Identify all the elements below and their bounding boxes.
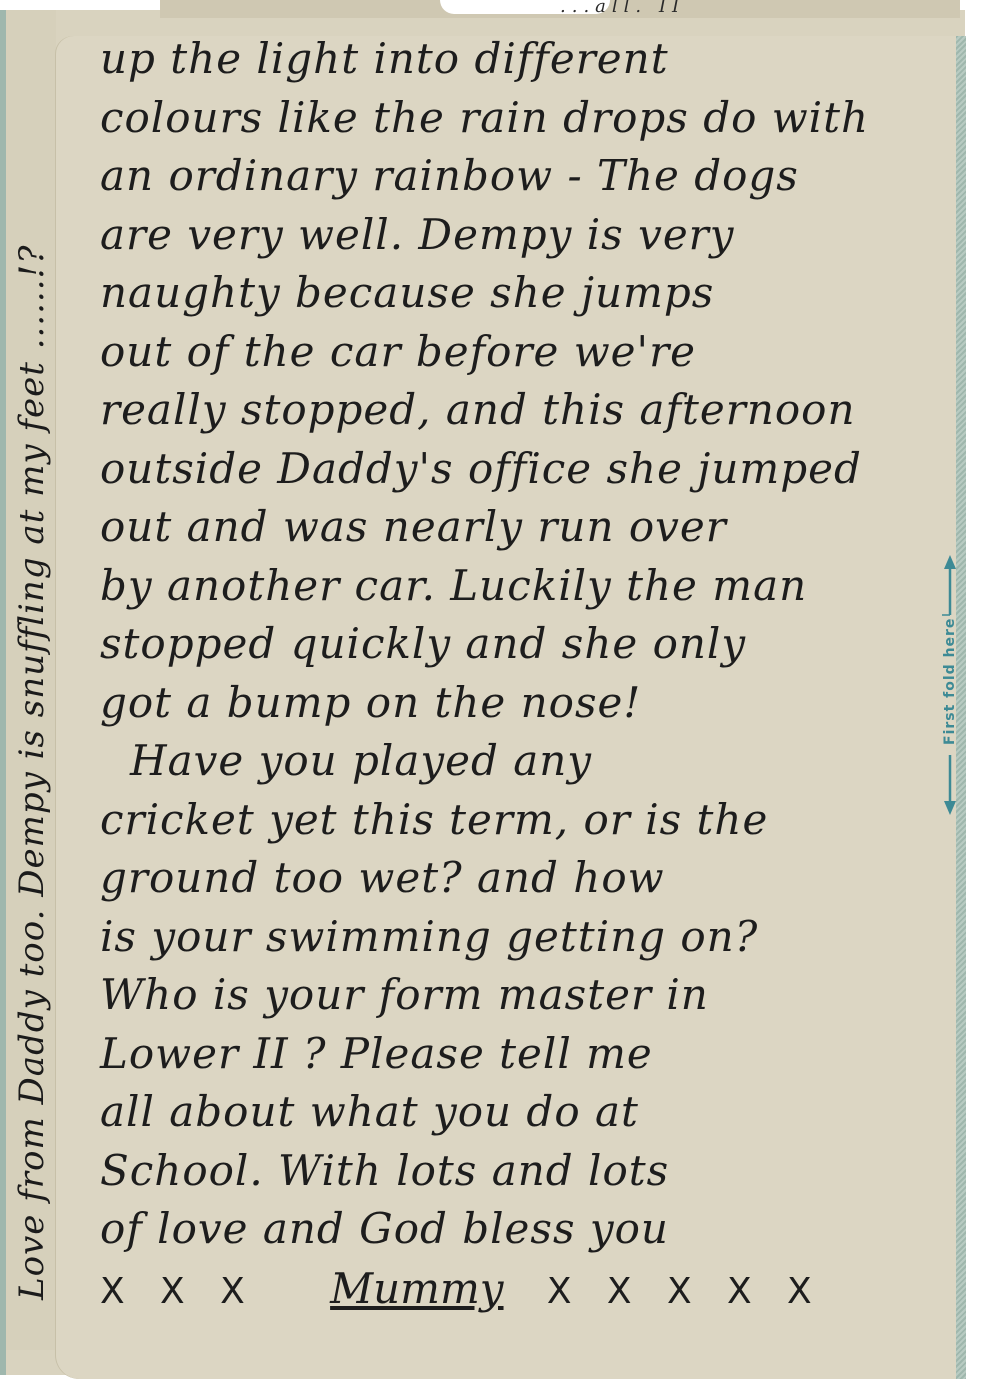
letter-line: Who is your form master in (100, 966, 950, 1025)
kiss-mark: X (100, 1262, 125, 1322)
top-text-fragment: ...all. II (560, 0, 685, 17)
margin-note: Love from Daddy too. Dempy is snuffling … (12, 20, 52, 1300)
closing-row: X X X Mummy X X X X X (100, 1259, 950, 1319)
letter-line: by another car. Luckily the man (100, 557, 950, 616)
kiss-mark: X (220, 1262, 245, 1322)
letter-line: out of the car before we're (100, 323, 950, 382)
kiss-mark: X (547, 1262, 572, 1322)
letter-line: of love and God bless you (100, 1200, 950, 1259)
letter-line: outside Daddy's office she jumped (100, 440, 950, 499)
letter-line: School. With lots and lots (100, 1142, 950, 1201)
letter-line: Have you played any (100, 732, 950, 791)
signature: Mummy (330, 1259, 503, 1319)
letter-line: out and was nearly run over (100, 498, 950, 557)
kiss-mark: X (787, 1262, 812, 1322)
letter-line: an ordinary rainbow - The dogs (100, 147, 950, 206)
letter-line: up the light into different (100, 30, 950, 89)
kiss-mark: X (667, 1262, 692, 1322)
letter-body: up the light into different colours like… (100, 30, 950, 1319)
letter-line: is your swimming getting on? (100, 908, 950, 967)
letter-line: stopped quickly and she only (100, 615, 950, 674)
letter-line: all about what you do at (100, 1083, 950, 1142)
letter-line: cricket yet this term, or is the (100, 791, 950, 850)
letter-line: ground too wet? and how (100, 849, 950, 908)
letter-line: got a bump on the nose! (100, 674, 950, 733)
letter-line: Lower II ? Please tell me (100, 1025, 950, 1084)
kiss-mark: X (160, 1262, 185, 1322)
letter-line: really stopped, and this afternoon (100, 381, 950, 440)
kiss-mark: X (727, 1262, 752, 1322)
kiss-mark: X (607, 1262, 632, 1322)
letter-line: are very well. Dempy is very (100, 206, 950, 265)
letter-line: colours like the rain drops do with (100, 89, 950, 148)
letter-line: naughty because she jumps (100, 264, 950, 323)
